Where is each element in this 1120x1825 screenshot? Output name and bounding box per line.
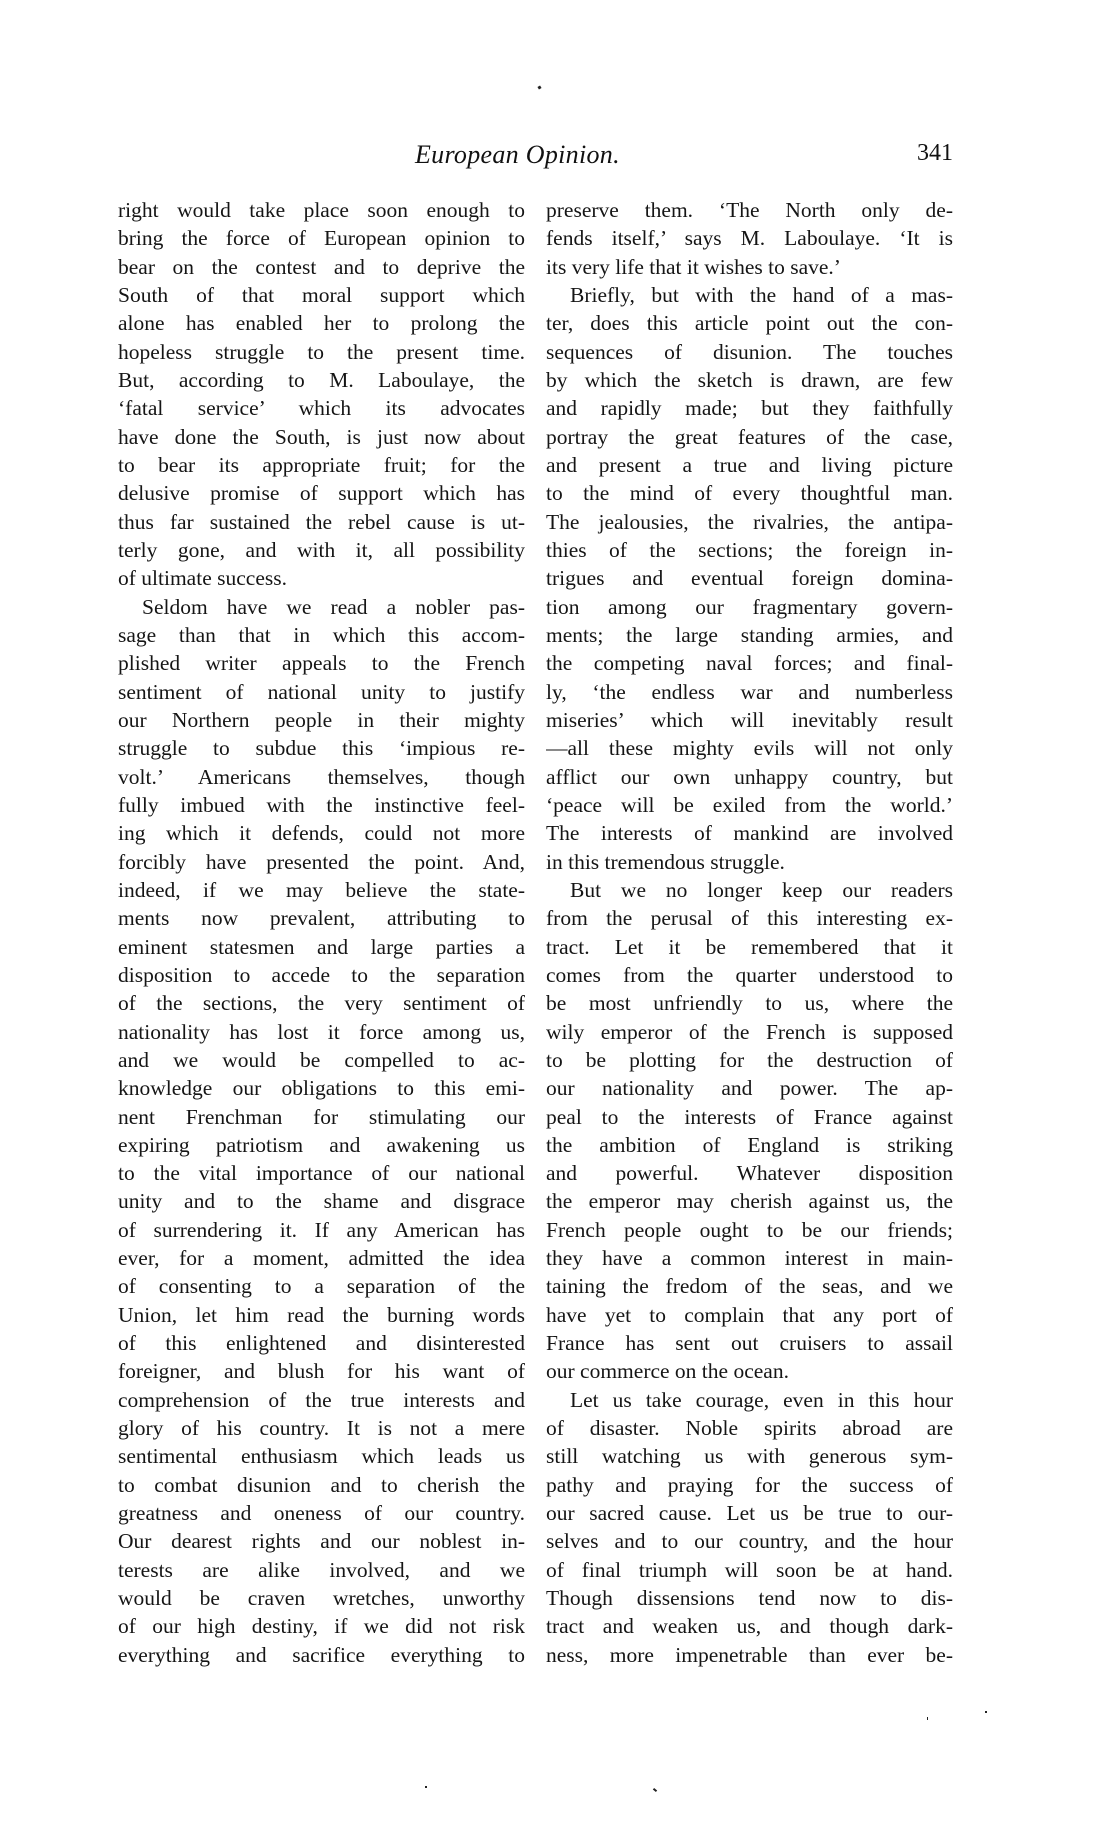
text-line: disposition to accede to the separation	[118, 961, 525, 989]
text-line: our Northern people in their mighty	[118, 706, 525, 734]
text-line: nent Frenchman for stimulating our	[118, 1103, 525, 1131]
text-line: everything and sacrifice everything to	[118, 1641, 525, 1669]
text-line: of final triumph will soon be at hand.	[546, 1556, 953, 1584]
text-line: of consenting to a separation of the	[118, 1272, 525, 1300]
text-line: France has sent out cruisers to assail	[546, 1329, 953, 1357]
text-line: South of that moral support which	[118, 281, 525, 309]
text-line: still watching us with generous sym-	[546, 1442, 953, 1470]
text-line: be most unfriendly to us, where the	[546, 989, 953, 1017]
text-line: the emperor may cherish against us, the	[546, 1187, 953, 1215]
text-line: volt.’ Americans themselves, though	[118, 763, 525, 791]
text-line: Let us take courage, even in this hour	[546, 1386, 953, 1414]
text-line: and present a true and living picture	[546, 451, 953, 479]
text-line: portray the great features of the case,	[546, 423, 953, 451]
text-line: ing which it defends, could not more	[118, 819, 525, 847]
text-line: right would take place soon enough to	[118, 196, 525, 224]
text-line: foreigner, and blush for his want of	[118, 1357, 525, 1385]
text-line: Union, let him read the burning words	[118, 1301, 525, 1329]
text-line: would be craven wretches, unworthy	[118, 1584, 525, 1612]
text-line: of the sections, the very sentiment of	[118, 989, 525, 1017]
text-line: struggle to subdue this ‘impious re-	[118, 734, 525, 762]
scan-speck	[537, 85, 541, 89]
text-line: The interests of mankind are involved	[546, 819, 953, 847]
text-line: ments; the large standing armies, and	[546, 621, 953, 649]
right-column: preserve them. ‘The North only de-fends …	[546, 196, 953, 1669]
text-line: our commerce on the ocean.	[546, 1357, 953, 1385]
text-line: tract. Let it be remembered that it	[546, 933, 953, 961]
text-line: to be plotting for the destruction of	[546, 1046, 953, 1074]
text-line: But we no longer keep our readers	[546, 876, 953, 904]
text-line: tract and weaken us, and though dark-	[546, 1612, 953, 1640]
text-line: tion among our fragmentary govern-	[546, 593, 953, 621]
text-line: the competing naval forces; and final-	[546, 649, 953, 677]
text-line: fends itself,’ says M. Laboulaye. ‘It is	[546, 224, 953, 252]
text-line: knowledge our obligations to this emi-	[118, 1074, 525, 1102]
book-page: European Opinion. 341 right would take p…	[0, 0, 1120, 1825]
text-line: terly gone, and with it, all possibility	[118, 536, 525, 564]
text-line: ‘peace will be exiled from the world.’	[546, 791, 953, 819]
text-line: and powerful. Whatever disposition	[546, 1159, 953, 1187]
page-number: 341	[917, 140, 953, 167]
text-line: peal to the interests of France against	[546, 1103, 953, 1131]
scan-speck	[985, 1711, 987, 1713]
text-line: plished writer appeals to the French	[118, 649, 525, 677]
text-line: have yet to complain that any port of	[546, 1301, 953, 1329]
text-line: But, according to M. Laboulaye, the	[118, 366, 525, 394]
text-line: ness, more impenetrable than ever be-	[546, 1641, 953, 1669]
text-line: glory of his country. It is not a mere	[118, 1414, 525, 1442]
text-line: of disaster. Noble spirits abroad are	[546, 1414, 953, 1442]
text-line: alone has enabled her to prolong the	[118, 309, 525, 337]
text-line: taining the fredom of the seas, and we	[546, 1272, 953, 1300]
text-line: of our high destiny, if we did not risk	[118, 1612, 525, 1640]
text-line: delusive promise of support which has	[118, 479, 525, 507]
text-line: ever, for a moment, admitted the idea	[118, 1244, 525, 1272]
text-line: sentiment of national unity to justify	[118, 678, 525, 706]
text-line: preserve them. ‘The North only de-	[546, 196, 953, 224]
text-line: thies of the sections; the foreign in-	[546, 536, 953, 564]
text-line: and rapidly made; but they faithfully	[546, 394, 953, 422]
scan-speck	[653, 1788, 657, 1792]
text-line: to the vital importance of our national	[118, 1159, 525, 1187]
text-line: of this enlightened and disinterested	[118, 1329, 525, 1357]
text-line: French people ought to be our friends;	[546, 1216, 953, 1244]
text-line: of surrendering it. If any American has	[118, 1216, 525, 1244]
text-line: Briefly, but with the hand of a mas-	[546, 281, 953, 309]
running-title: European Opinion.	[415, 140, 620, 170]
text-line: have done the South, is just now about	[118, 423, 525, 451]
running-head: European Opinion. 341	[118, 140, 953, 172]
text-line: to combat disunion and to cherish the	[118, 1471, 525, 1499]
text-line: ‘fatal service’ which its advocates	[118, 394, 525, 422]
text-line: by which the sketch is drawn, are few	[546, 366, 953, 394]
text-line: ter, does this article point out the con…	[546, 309, 953, 337]
text-line: sage than that in which this accom-	[118, 621, 525, 649]
text-line: in this tremendous struggle.	[546, 848, 953, 876]
text-line: bear on the contest and to deprive the	[118, 253, 525, 281]
scan-speck	[927, 1717, 928, 1720]
text-line: forcibly have presented the point. And,	[118, 848, 525, 876]
text-line: Our dearest rights and our noblest in-	[118, 1527, 525, 1555]
text-line: expiring patriotism and awakening us	[118, 1131, 525, 1159]
text-line: —all these mighty evils will not only	[546, 734, 953, 762]
text-line: Though dissensions tend now to dis-	[546, 1584, 953, 1612]
text-line: terests are alike involved, and we	[118, 1556, 525, 1584]
text-line: trigues and eventual foreign domina-	[546, 564, 953, 592]
text-line: our sacred cause. Let us be true to our-	[546, 1499, 953, 1527]
text-line: its very life that it wishes to save.’	[546, 253, 953, 281]
text-line: miseries’ which will inevitably result	[546, 706, 953, 734]
text-line: the ambition of England is striking	[546, 1131, 953, 1159]
text-line: greatness and oneness of our country.	[118, 1499, 525, 1527]
text-line: Seldom have we read a nobler pas-	[118, 593, 525, 621]
text-line: bring the force of European opinion to	[118, 224, 525, 252]
text-line: comes from the quarter understood to	[546, 961, 953, 989]
text-line: eminent statesmen and large parties a	[118, 933, 525, 961]
text-line: The jealousies, the rivalries, the antip…	[546, 508, 953, 536]
text-line: to the mind of every thoughtful man.	[546, 479, 953, 507]
text-line: nationality has lost it force among us,	[118, 1018, 525, 1046]
text-line: and we would be compelled to ac-	[118, 1046, 525, 1074]
text-line: ly, ‘the endless war and numberless	[546, 678, 953, 706]
text-line: of ultimate success.	[118, 564, 525, 592]
text-line: wily emperor of the French is supposed	[546, 1018, 953, 1046]
text-line: our nationality and power. The ap-	[546, 1074, 953, 1102]
left-column: right would take place soon enough tobri…	[118, 196, 525, 1669]
text-line: fully imbued with the instinctive feel-	[118, 791, 525, 819]
text-line: comprehension of the true interests and	[118, 1386, 525, 1414]
text-line: thus far sustained the rebel cause is ut…	[118, 508, 525, 536]
text-line: they have a common interest in main-	[546, 1244, 953, 1272]
text-line: sentimental enthusiasm which leads us	[118, 1442, 525, 1470]
text-line: pathy and praying for the success of	[546, 1471, 953, 1499]
text-line: selves and to our country, and the hour	[546, 1527, 953, 1555]
text-line: ments now prevalent, attributing to	[118, 904, 525, 932]
text-line: hopeless struggle to the present time.	[118, 338, 525, 366]
text-line: indeed, if we may believe the state-	[118, 876, 525, 904]
text-line: unity and to the shame and disgrace	[118, 1187, 525, 1215]
text-line: from the perusal of this interesting ex-	[546, 904, 953, 932]
text-line: sequences of disunion. The touches	[546, 338, 953, 366]
text-line: to bear its appropriate fruit; for the	[118, 451, 525, 479]
text-line: afflict our own unhappy country, but	[546, 763, 953, 791]
scan-speck	[425, 1786, 427, 1788]
